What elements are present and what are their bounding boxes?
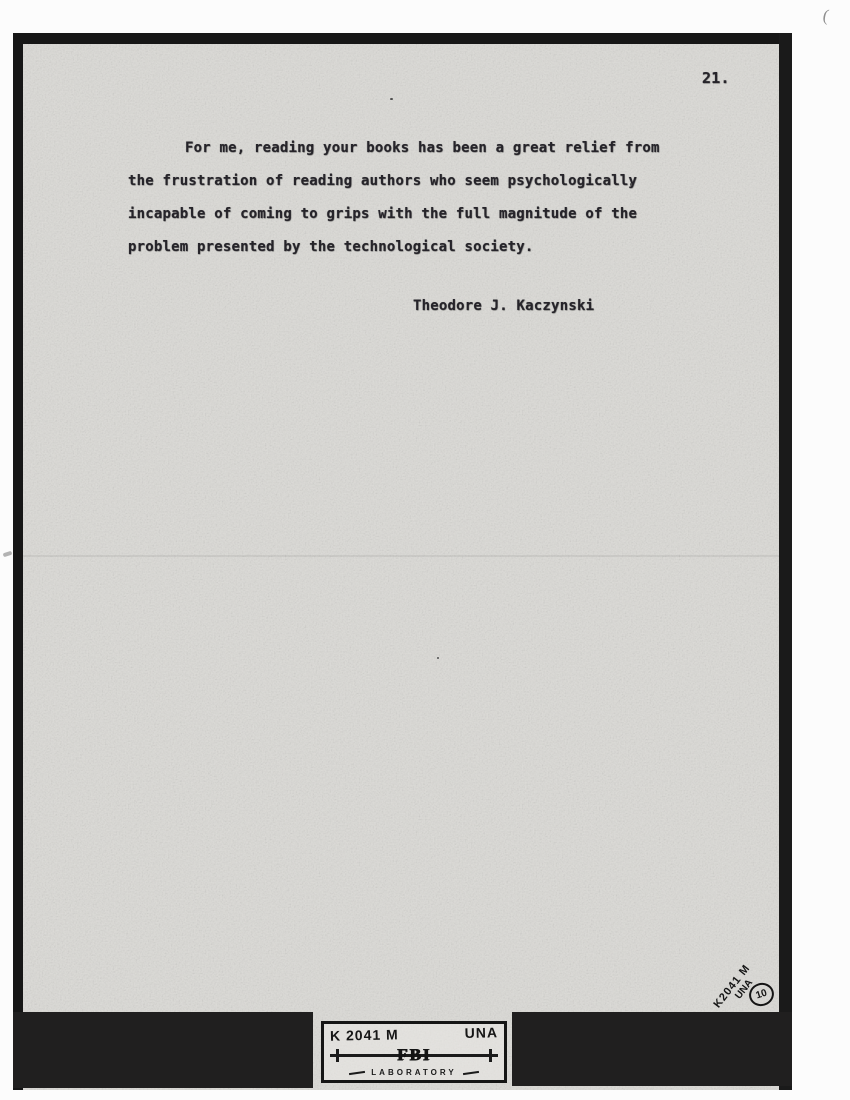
letter-line-1: For me, reading your books has been a gr… <box>128 132 688 165</box>
stamp-logo-row: FBI <box>330 1046 498 1064</box>
stamp-unit-row: LABORATORY <box>330 1068 498 1077</box>
bottom-black-band-left <box>13 1012 313 1088</box>
fbi-laboratory-stamp: K 2041 M UNA FBI LABORATORY <box>321 1021 507 1083</box>
stamp-dash-right <box>463 1070 479 1074</box>
stamp-unit-label: LABORATORY <box>371 1068 456 1077</box>
fbi-logo-text: FBI <box>397 1045 431 1065</box>
paper-speck <box>630 183 632 186</box>
letter-line-4: problem presented by the technological s… <box>128 231 688 264</box>
letter-line-3: incapable of coming to grips with the fu… <box>128 198 688 231</box>
margin-smudge <box>3 551 13 558</box>
stamp-tick-left <box>336 1049 339 1062</box>
stamp-case-label: UNA <box>464 1024 498 1041</box>
signature-name: Theodore J. Kaczynski <box>413 296 594 316</box>
bottom-black-band-right <box>512 1012 792 1086</box>
scan-border-top <box>13 33 792 44</box>
stamp-handwritten-row: K 2041 M UNA <box>330 1024 498 1044</box>
paper-speck <box>437 657 439 659</box>
scanned-document: 21. For me, reading your books has been … <box>13 33 792 1090</box>
stamp-tick-right <box>489 1049 492 1062</box>
fold-crease <box>13 555 792 557</box>
paper-speck <box>390 98 393 100</box>
scan-border-right <box>779 33 792 1090</box>
stamp-evidence-id: K 2041 M <box>330 1026 399 1043</box>
page-number: 21. <box>702 69 730 87</box>
stamp-dash-left <box>349 1070 365 1074</box>
staple-mark: ( <box>821 6 830 27</box>
letter-line-2: the frustration of reading authors who s… <box>128 165 688 198</box>
scan-border-left <box>13 33 23 1090</box>
letter-body: For me, reading your books has been a gr… <box>128 132 688 264</box>
